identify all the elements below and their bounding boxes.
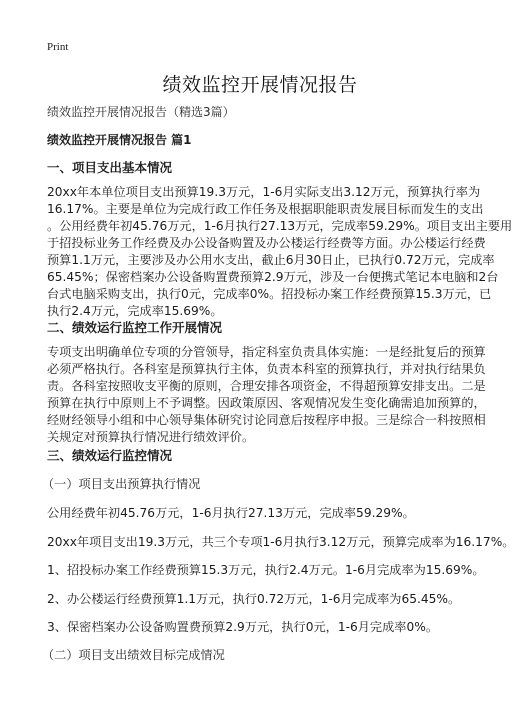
- paragraph-line: 65.45%；保密档案办公设备购置费预算2.9万元，涉及一台便携式笔记本电脑和2…: [47, 269, 477, 286]
- paragraph-line: 关规定对预算执行情况进行绩效评价。: [47, 429, 477, 446]
- section-heading-2: 二、绩效运行监控工作开展情况: [47, 318, 222, 336]
- list-item-1: 1、招投标办案工作经费预算15.3万元，执行2.4万元。1-6月完成率为15.6…: [47, 561, 485, 578]
- paragraph-line: 16.17%。主要是单位为完成行政工作任务及根据职能职责发展目标而发生的支出: [47, 201, 477, 218]
- paragraph-line: 预算1.1万元，主要涉及办公用水支出，截止6月30日止，已执行0.72万元，完成…: [47, 252, 477, 269]
- document-title: 绩效监控开展情况报告: [0, 70, 520, 97]
- paragraph-line: 专项支出明确单位专项的分管领导，指定科室负责具体实施：一是经批复后的预算: [47, 344, 477, 361]
- document-page: Print 绩效监控开展情况报告 绩效监控开展情况报告（精选3篇） 绩效监控开展…: [0, 0, 520, 718]
- subsection-heading-2: （二）项目支出绩效目标完成情况: [42, 646, 225, 663]
- paragraph-line: 台式电脑采购支出，执行0元，完成率0%。招投标办案工作经费预算15.3万元，已: [47, 286, 477, 303]
- section-2-paragraph: 专项支出明确单位专项的分管领导，指定科室负责具体实施：一是经批复后的预算 必须严…: [47, 344, 477, 446]
- subsection-heading-1: （一）项目支出预算执行情况: [42, 475, 200, 492]
- paragraph-line: 责。各科室按照收支平衡的原则，合理安排各项资金，不得超预算安排支出。二是: [47, 378, 477, 395]
- list-item-3: 3、保密档案办公设备购置费预算2.9万元，执行0元，1-6月完成率0%。: [47, 618, 438, 635]
- paragraph-line: 经财经领导小组和中心领导集体研究讨论同意后按程序申报。三是综合一科按照相: [47, 412, 477, 429]
- document-subtitle: 绩效监控开展情况报告（精选3篇）: [47, 103, 235, 120]
- paragraph-line: 必须严格执行。各科室是预算执行主体，负责本科室的预算执行，并对执行结果负: [47, 361, 477, 378]
- section-heading-1: 一、项目支出基本情况: [47, 158, 172, 176]
- paragraph-line: 。公用经费年初45.76万元，1-6月执行27.13万元，完成率59.29%。项…: [47, 218, 477, 235]
- paragraph-line: 预算在执行中原则上不予调整。因政策原因、客观情况发生变化确需追加预算的，: [47, 395, 477, 412]
- paragraph-line: 于招投标业务工作经费及办公设备购置及办公楼运行经费等方面。办公楼运行经费: [47, 235, 477, 252]
- section-heading-3: 三、绩效运行监控情况: [47, 446, 172, 464]
- body-line: 20xx年项目支出19.3万元，共三个专项1-6月执行3.12万元，预算完成率为…: [47, 533, 514, 550]
- list-item-2: 2、办公楼运行经费预算1.1万元，执行0.72万元，1-6月完成率为65.45%…: [47, 590, 460, 607]
- paragraph-line: 20xx年本单位项目支出预算19.3万元，1-6月实际支出3.12万元，预算执行…: [47, 184, 477, 201]
- part-heading: 绩效监控开展情况报告 篇1: [47, 131, 192, 148]
- print-link[interactable]: Print: [47, 41, 68, 53]
- section-1-paragraph: 20xx年本单位项目支出预算19.3万元，1-6月实际支出3.12万元，预算执行…: [47, 184, 477, 320]
- body-line: 公用经费年初45.76万元，1-6月执行27.13万元，完成率59.29%。: [47, 504, 415, 521]
